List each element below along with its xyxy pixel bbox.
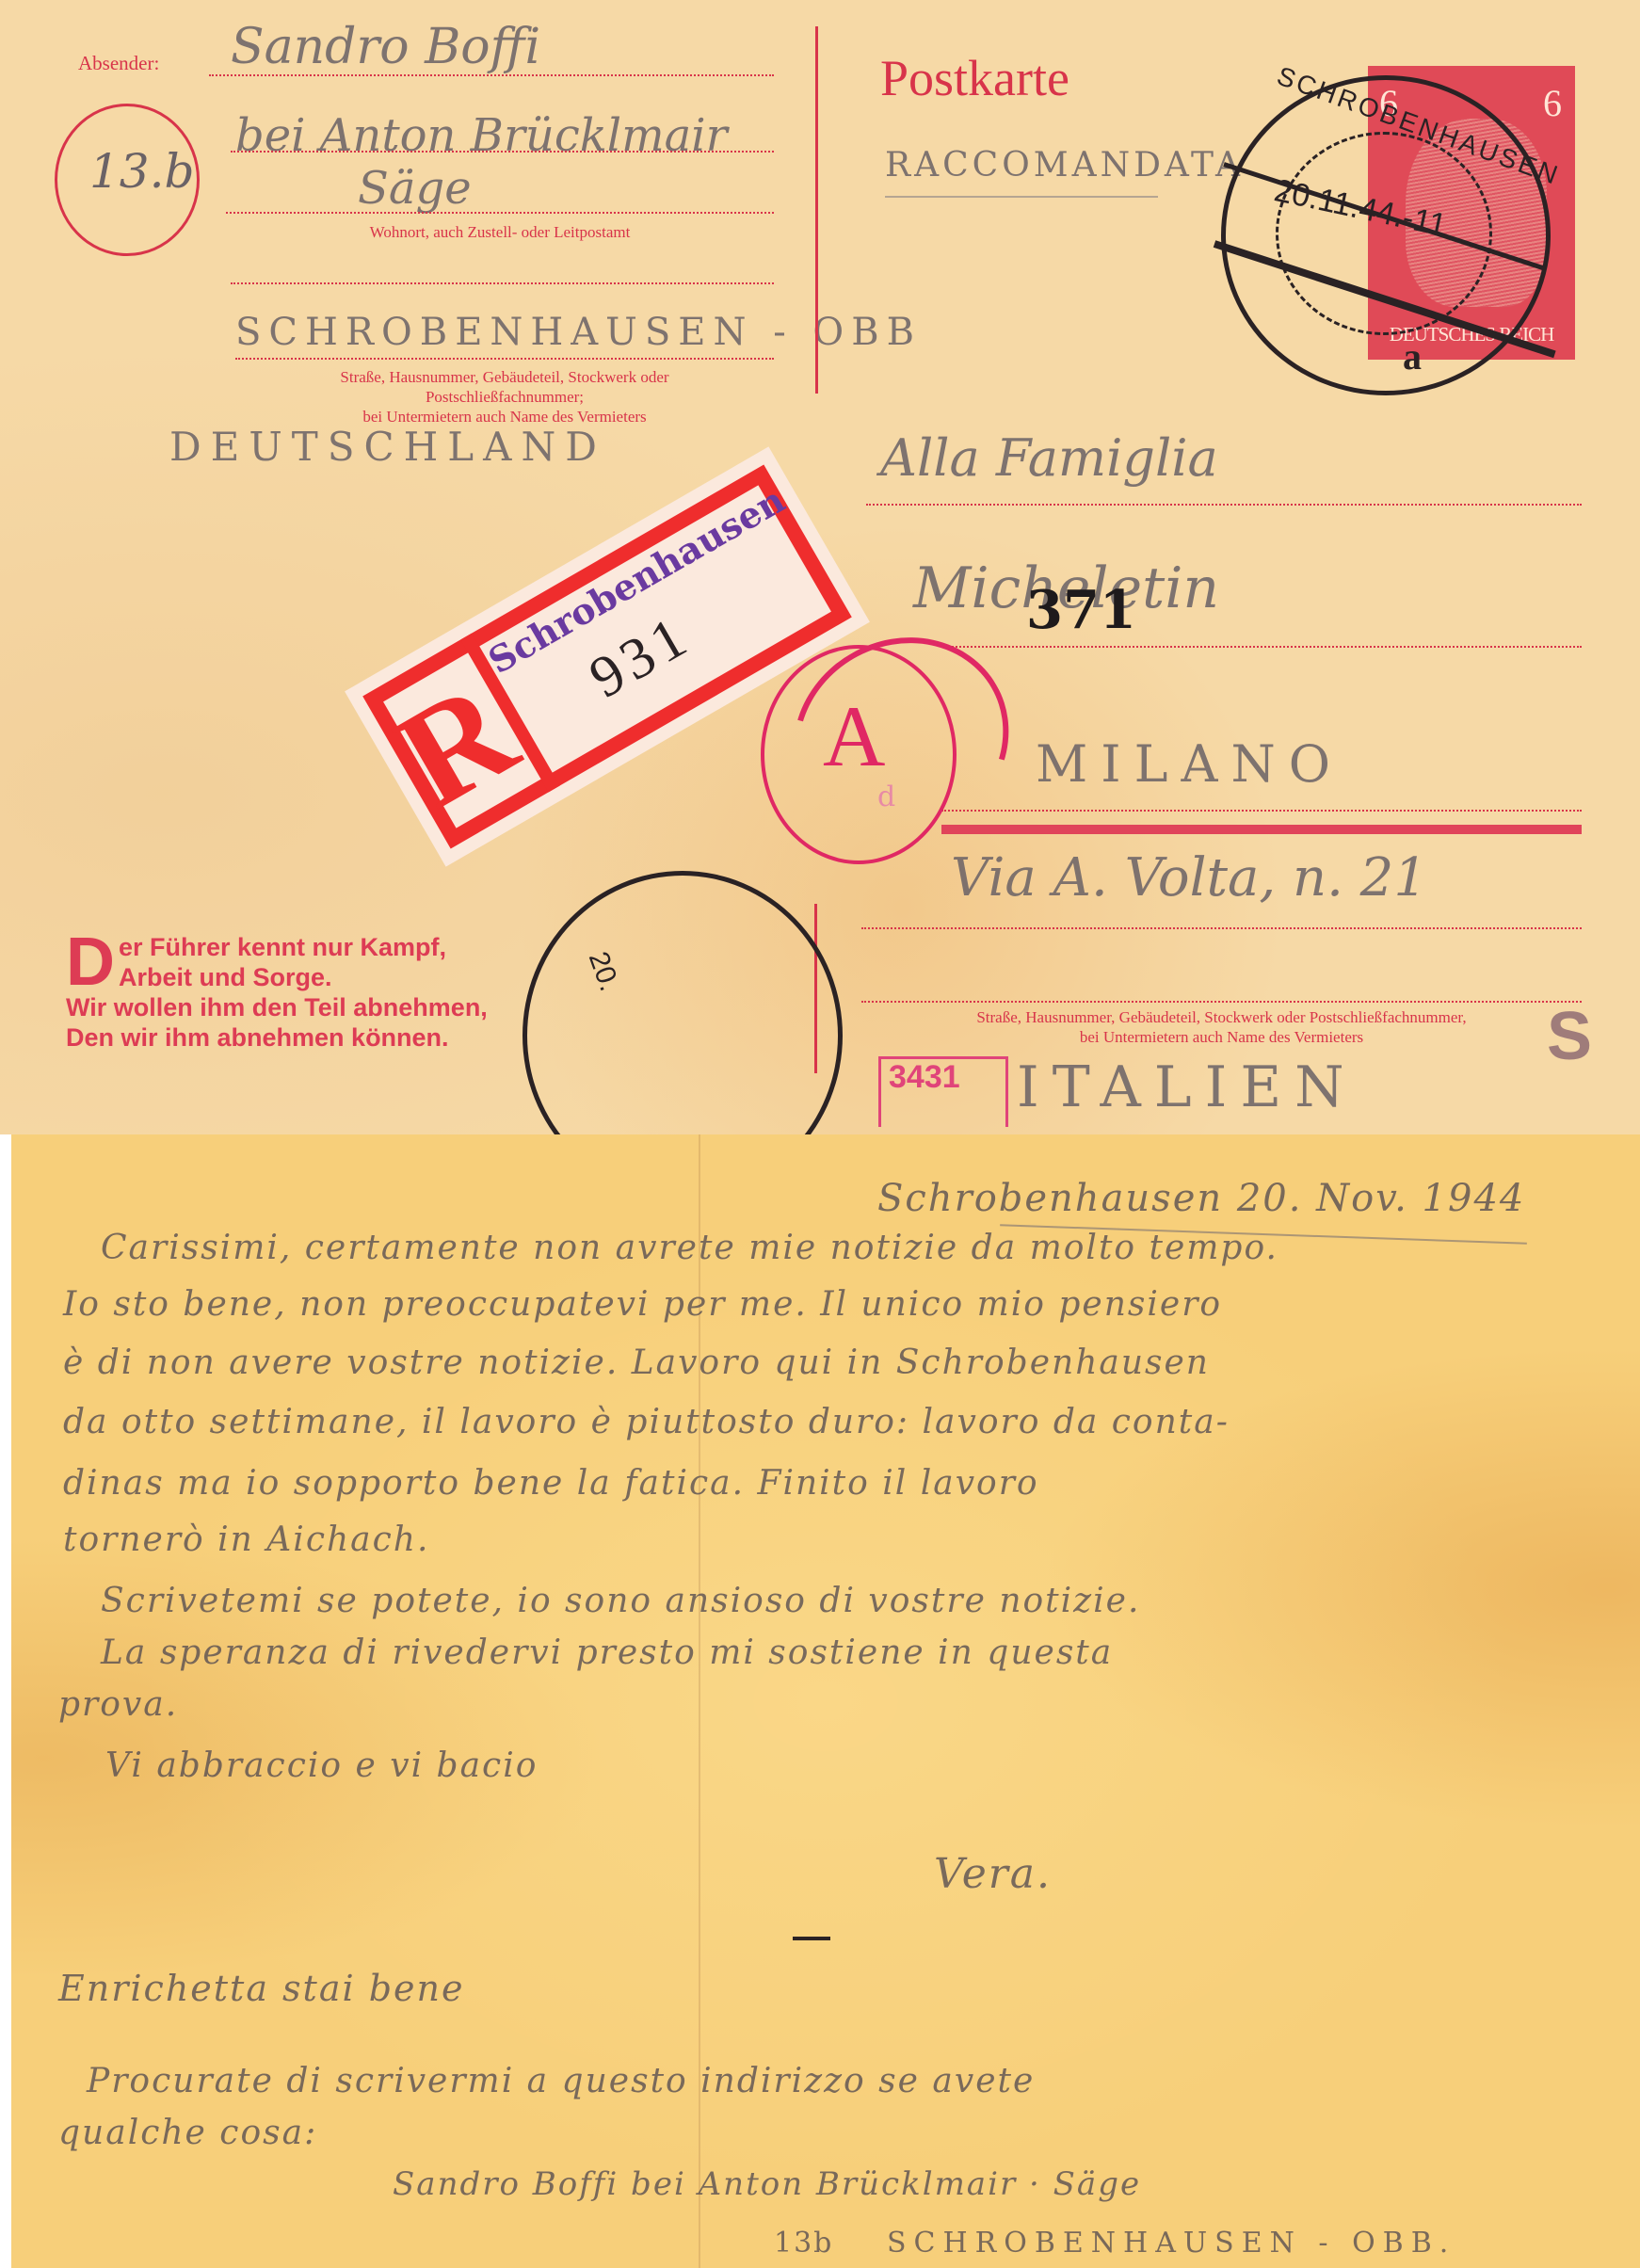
dotted-line (231, 151, 774, 153)
dateline: Schrobenhausen 20. Nov. 1944 (877, 1177, 1525, 1220)
postmark-inner-ring (1276, 132, 1492, 335)
sender-town: SCHROBENHAUSEN - OBB (235, 311, 922, 354)
dotted-line (866, 504, 1582, 506)
postmark-letter: a (1403, 334, 1422, 378)
censor-number-box: 3431 (878, 1056, 1008, 1127)
postscript: Enrichetta stai bene (58, 1968, 465, 2009)
sender-circle-note: 13.b (89, 144, 195, 199)
letter-line: Io sto bene, non preoccupatevi per me. I… (63, 1285, 1222, 1324)
caption-wohnort: Wohnort, auch Zustell- oder Leitpostamt (226, 222, 774, 242)
letter-line: da otto settimane, il lavoro è piuttosto… (63, 1403, 1230, 1441)
letter-line: tornerò in Aichach. (63, 1520, 429, 1559)
dotted-line (235, 358, 774, 360)
dotted-line (226, 212, 774, 214)
letter-line: prova. (58, 1685, 178, 1724)
divider-line (815, 26, 818, 394)
underline-bar (941, 825, 1582, 834)
sender-name: Sandro Boffi (231, 19, 540, 75)
dotted-line (861, 1001, 1582, 1003)
s-mark: S (1547, 998, 1592, 1075)
caption-strasse-left: Straße, Hausnummer, Gebäudeteil, Stockwe… (235, 367, 774, 426)
dotted-line (231, 282, 774, 284)
censor-letter: A (823, 686, 885, 786)
letter-line: dinas ma io sopporto bene la fatica. Fin… (63, 1464, 1039, 1503)
dotted-line (861, 927, 1582, 929)
recipient-city: MILANO (1036, 734, 1343, 794)
service-note: RACCOMANDATA (885, 146, 1244, 185)
sender-label: Absender: (78, 52, 159, 75)
service-underline (885, 196, 1158, 198)
letter-line: Scrivetemi se potete, io sono ansioso di… (101, 1582, 1140, 1620)
sender-care-of: bei Anton Brücklmair (235, 109, 728, 162)
recipient-country: ITALIEN (1017, 1054, 1358, 1120)
closing-line: qualche cosa: (58, 2114, 317, 2152)
postcard-front: Absender: Sandro Boffi 13.b bei Anton Br… (0, 0, 1640, 1134)
slogan: D er Führer kennt nur Kampf, Arbeit und … (66, 932, 488, 1053)
dash-mark (793, 1937, 830, 1940)
handstamp-number: 371 (1026, 579, 1136, 641)
letter-line: è di non avere vostre notizie. Lavoro qu… (63, 1343, 1210, 1382)
censor-sub: d (877, 780, 895, 813)
stamp-value-right: 6 (1543, 81, 1562, 125)
card-title: Postkarte (880, 49, 1069, 107)
dotted-line (941, 810, 1582, 812)
dotted-line (941, 646, 1582, 648)
return-address-town: SCHROBENHAUSEN - OBB. (887, 2227, 1455, 2260)
caption-strasse-right: Straße, Hausnummer, Gebäudeteil, Stockwe… (861, 1007, 1582, 1047)
letter-line: Vi abbraccio e vi bacio (105, 1746, 538, 1785)
postcard-back: Schrobenhausen 20. Nov. 1944 Carissimi, … (11, 1134, 1640, 2268)
return-address: Sandro Boffi bei Anton Brücklmair · Säge (393, 2165, 1141, 2203)
sender-place: Säge (358, 162, 472, 215)
letter-line: La speranza di rivedervi presto mi sosti… (101, 1633, 1113, 1672)
sender-country: DEUTSCHLAND (169, 424, 606, 470)
return-address-number: 13b (774, 2227, 833, 2260)
letter-line: Carissimi, certamente non avrete mie not… (101, 1229, 1278, 1267)
slogan-dropcap: D (66, 932, 115, 992)
closing-line: Procurate di scrivermi a questo indirizz… (87, 2062, 1035, 2100)
censor-circle: A d (761, 645, 957, 864)
recipient-line1: Alla Famiglia (880, 428, 1218, 488)
signature: Vera. (934, 1850, 1052, 1898)
sender-circle-mark: 13.b (55, 104, 200, 256)
recipient-street: Via A. Volta, n. 21 (951, 847, 1427, 909)
